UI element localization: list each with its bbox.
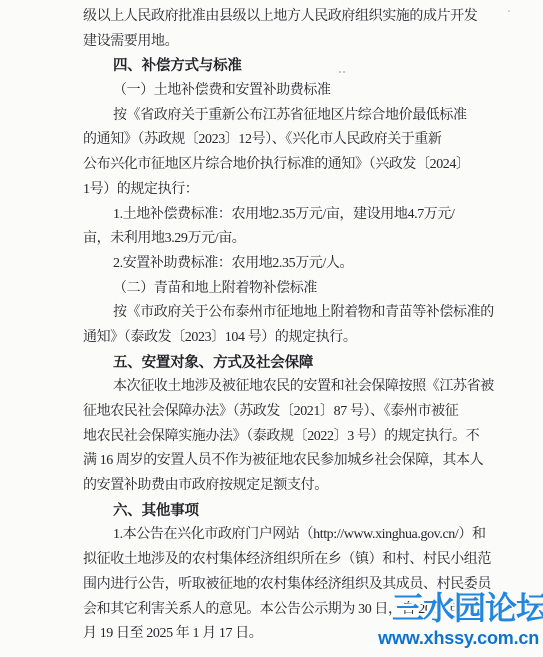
scan-artifact	[508, 10, 510, 12]
text-line: （一）土地补偿费和安置补助费标准	[83, 79, 523, 104]
text-line: 1.土地补偿费标准：农用地2.35万元/亩，建设用地4.7万元/	[83, 203, 523, 228]
text-line: 拟征收土地涉及的农村集体经济组织所在乡（镇）和村、村民小组范	[83, 548, 523, 573]
watermark-logo-text: 三水园论坛	[392, 583, 543, 629]
section-heading: 四、补偿方式与标准	[83, 54, 523, 79]
text-line: 1号）的规定执行：	[83, 178, 523, 203]
announcement-body-text: 级以上人民政府批准由县级以上地方人民政府组织实施的成片开发建设需要用地。四、补偿…	[83, 5, 523, 647]
section-heading: 六、其他事项	[83, 499, 523, 524]
text-line: 征地农民社会保障办法》（苏政发〔2021〕87 号）、《泰州市被征	[83, 400, 523, 425]
text-line: 满 16 周岁的安置人员不作为被征地农民参加城乡社会保障，其本人	[83, 449, 523, 474]
text-line: 按《市政府关于公布泰州市征地地上附着物和青苗等补偿标准的	[83, 301, 523, 326]
text-line: （二）青苗和地上附着物补偿标准	[83, 277, 523, 302]
text-line: 1.本公告在兴化市政府门户网站（http://www.xinghua.gov.c…	[83, 523, 523, 548]
text-line: 地农民社会保障实施办法》（泰政规〔2022〕3 号）的规定执行。不	[83, 425, 523, 450]
text-line: 本次征收土地涉及被征地农民的安置和社会保障按照《江苏省被	[83, 375, 523, 400]
text-line: 公布兴化市征地区片综合地价执行标准的通知》（兴政发〔2024〕	[83, 153, 523, 178]
scan-artifact	[339, 71, 341, 73]
text-line: 建设需要用地。	[83, 30, 523, 55]
text-line: 通知》（泰政发〔2023〕104 号）的规定执行。	[83, 326, 523, 351]
text-line: 亩，未利用地3.29万元/亩。	[83, 227, 523, 252]
text-line: 级以上人民政府批准由县级以上地方人民政府组织实施的成片开发	[83, 5, 523, 30]
text-line: 2.安置补助费标准：农用地2.35万元/人。	[83, 252, 523, 277]
watermark-url: www.xhssy.com.cn	[378, 628, 539, 649]
text-line: 按《省政府关于重新公布江苏省征地区片综合地价最低标准	[83, 104, 523, 129]
scanned-announcement-page: 级以上人民政府批准由县级以上地方人民政府组织实施的成片开发建设需要用地。四、补偿…	[0, 0, 543, 657]
text-line: 的通知》（苏政规〔2023〕12号）、《兴化市人民政府关于重新	[83, 128, 523, 153]
text-line: 的安置补助费由市政府按规定足额支付。	[83, 474, 523, 499]
section-heading: 五、安置对象、方式及社会保障	[83, 351, 523, 376]
